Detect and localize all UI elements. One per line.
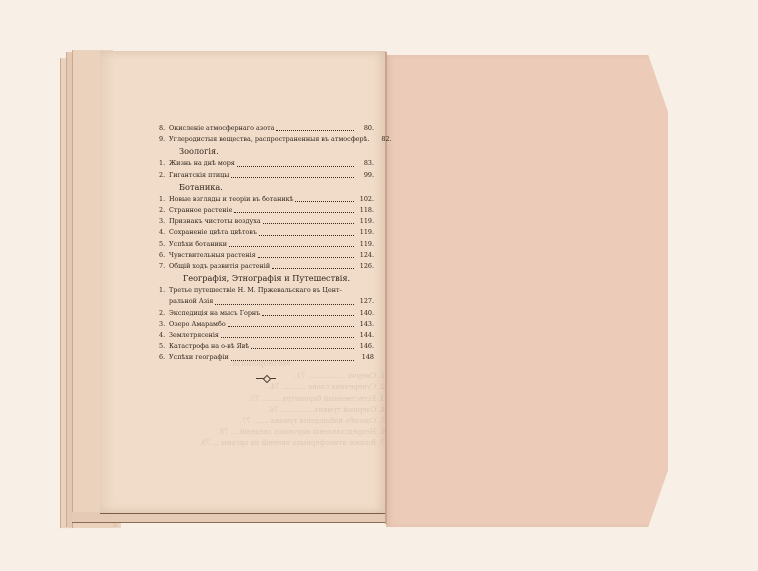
dot-leader: [237, 166, 354, 167]
entry-title: Общій ходъ развитія растеній: [169, 261, 270, 272]
toc-entry: 2. Экспедиція на мысъ Горнъ 140.: [159, 308, 374, 319]
entry-page: 118.: [356, 205, 374, 216]
entry-page: 119.: [356, 227, 374, 238]
entry-title: Жизнь на днѣ моря: [169, 158, 235, 169]
entry-page: 102.: [356, 194, 374, 205]
dot-leader: [262, 315, 354, 316]
section-heading-zoology: Зоологія.: [159, 145, 374, 158]
section-heading-botany: Ботаника.: [159, 181, 374, 194]
entry-page: 119.: [356, 239, 374, 250]
toc-entry: 7. Общій ходъ развитія растеній 126.: [159, 261, 374, 272]
toc-entry: 8. Окисленіе атмосфернаго азота 80.: [159, 123, 374, 134]
toc-entry: 4. Сохраненіе цвѣта цвѣтовъ 119.: [159, 227, 374, 238]
entry-number: 6.: [159, 352, 169, 363]
bleed-line: 5. Способъ наблюденія тумана ....... 77.: [135, 416, 385, 427]
right-page: [386, 55, 668, 527]
toc-entry-continuation: ральной Азія 127.: [159, 296, 374, 307]
dot-leader: [231, 360, 354, 361]
entry-title: Землетрясенія: [169, 330, 219, 341]
entry-number: 3.: [159, 319, 169, 330]
entry-number: 3.: [159, 216, 169, 227]
spine-fold: [385, 52, 387, 524]
entry-title: Гигантскія птицы: [169, 170, 229, 181]
section-heading-geography: Географія, Этнографія и Путешествія.: [159, 272, 374, 285]
entry-number: 4.: [159, 227, 169, 238]
dot-leader: [215, 304, 354, 305]
entry-title: Успѣхи географіи: [169, 352, 229, 363]
entry-page: 124.: [356, 250, 374, 261]
dot-leader: [295, 201, 354, 202]
entry-number: 1.: [159, 158, 169, 169]
entry-title: Озеро Амарамбо: [169, 319, 226, 330]
entry-page: 99.: [356, 170, 374, 181]
page-bottom-edge: [100, 513, 385, 514]
bleed-line: 3. Естественный барометръ ........ 75.: [135, 394, 385, 405]
dot-leader: [231, 177, 354, 178]
scanned-document-spread: Метеорологія. 1. Смерчъ ................…: [0, 0, 758, 571]
entry-number: 6.: [159, 250, 169, 261]
entry-number: 1.: [159, 194, 169, 205]
entry-page: 140.: [356, 308, 374, 319]
entry-number: 8.: [159, 123, 169, 134]
entry-title: Сохраненіе цвѣта цвѣтовъ: [169, 227, 257, 238]
toc-entry: 3. Признакъ чистоты воздуха 119.: [159, 216, 374, 227]
entry-number: 4.: [159, 330, 169, 341]
dot-leader: [272, 268, 354, 269]
entry-page: 80.: [356, 123, 374, 134]
toc-entry: 5. Успѣхи ботаники 119.: [159, 239, 374, 250]
dot-leader: [228, 326, 354, 327]
entry-title: Новые взгляды и теоріи въ ботаникѣ: [169, 194, 293, 205]
entry-title: Признакъ чистоты воздуха: [169, 216, 261, 227]
entry-page: 146.: [356, 341, 374, 352]
entry-title: Катастрофа на о-вѣ Явѣ: [169, 341, 249, 352]
toc-entry: 6. Успѣхи географіи 148: [159, 352, 374, 363]
toc-entry: 1. Третье путешествіе Н. М. Пржевальскаг…: [159, 285, 374, 296]
entry-page: 143.: [356, 319, 374, 330]
entry-page: 126.: [356, 261, 374, 272]
entry-page: 127.: [356, 296, 374, 307]
dot-leader: [276, 130, 354, 131]
dot-leader: [221, 337, 354, 338]
bleed-line: 6. Непредставленія научныхъ сведеній ...…: [135, 427, 385, 438]
entry-number: 2.: [159, 170, 169, 181]
entry-number: 2.: [159, 205, 169, 216]
entry-page: 144.: [356, 330, 374, 341]
entry-title: Странное растеніе: [169, 205, 232, 216]
entry-page: 83.: [356, 158, 374, 169]
toc-entry: 3. Озеро Амарамбо 143.: [159, 319, 374, 330]
dot-leader: [258, 257, 354, 258]
toc-entry: 4. Землетрясенія 144.: [159, 330, 374, 341]
entry-number: 7.: [159, 261, 169, 272]
end-ornament-icon: [256, 378, 276, 382]
dot-leader: [259, 235, 354, 236]
bleed-line: 4. Озерный туманъ .............. 76.: [135, 405, 385, 416]
toc-entry: 6. Чувствительныя растенія 124.: [159, 250, 374, 261]
table-of-contents: 8. Окисленіе атмосфернаго азота 80. 9. У…: [159, 123, 374, 364]
toc-entry: 9. Углеродистыя вещества, распространенн…: [159, 134, 374, 145]
entry-number: 9.: [159, 134, 169, 145]
entry-title: Третье путешествіе Н. М. Пржевальскаго в…: [169, 285, 342, 296]
entry-title: Успѣхи ботаники: [169, 239, 227, 250]
dot-leader: [234, 212, 354, 213]
toc-entry: 1. Жизнь на днѣ моря 83.: [159, 158, 374, 169]
entry-number: 5.: [159, 239, 169, 250]
entry-title: Углеродистыя вещества, распространенныя …: [169, 134, 370, 145]
entry-page: 119.: [356, 216, 374, 227]
dot-leader: [263, 223, 354, 224]
toc-entry: 1. Новые взгляды и теоріи въ ботаникѣ 10…: [159, 194, 374, 205]
bleedthrough-text: Метеорологія. 1. Смерчъ ................…: [135, 358, 385, 450]
entry-page: 82.: [374, 134, 392, 145]
entry-title: Экспедиція на мысъ Горнъ: [169, 308, 260, 319]
entry-number: 5.: [159, 341, 169, 352]
dot-leader: [251, 348, 354, 349]
bleed-line: 2. Суперечная слава ........... 74.: [135, 382, 385, 393]
entry-title: Окисленіе атмосфернаго азота: [169, 123, 274, 134]
entry-number: 1.: [159, 285, 169, 296]
entry-number: 2.: [159, 308, 169, 319]
entry-title: Чувствительныя растенія: [169, 250, 256, 261]
bleed-line: 7. Вліяніе атмосферныхъ явленій на орган…: [135, 438, 385, 449]
dot-leader: [229, 246, 354, 247]
toc-entry: 2. Гигантскія птицы 99.: [159, 170, 374, 181]
toc-entry: 2. Странное растеніе 118.: [159, 205, 374, 216]
entry-title-continuation: ральной Азія: [169, 296, 213, 307]
entry-page: 148: [356, 352, 374, 363]
toc-entry: 5. Катастрофа на о-вѣ Явѣ 146.: [159, 341, 374, 352]
